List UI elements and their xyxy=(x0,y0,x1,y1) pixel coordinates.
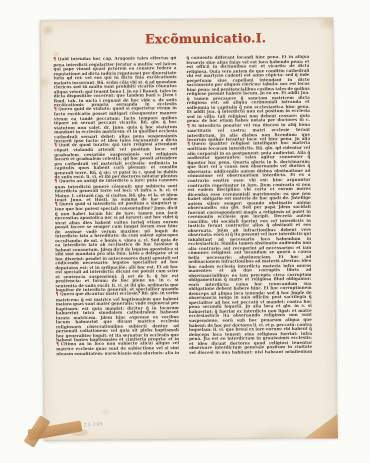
rubricated-initial: S xyxy=(191,123,194,128)
paragraph: ¶Quid dr quod iuratis: qui iure religios… xyxy=(54,142,177,179)
pilcrow-mark: ¶ xyxy=(54,143,57,148)
photo-frame: Excõmunicatio.I. ¶Quid intendas hoc cap.… xyxy=(0,0,370,463)
text-column-left: ¶Quid intendas hoc cap. Aragonie tales e… xyxy=(53,56,179,356)
paragraph: ¶Quero que dicantur matri ecclesie? Rñ. … xyxy=(56,291,179,342)
rubricated-initial: Q xyxy=(58,56,62,61)
paragraph: ¶Quero quid si interdictū sit positum a … xyxy=(55,201,179,293)
manuscript-page: Excõmunicatio.I. ¶Quid intendas hoc cap.… xyxy=(40,18,337,441)
rubricated-initial: Q xyxy=(58,106,62,111)
page-heading: Excõmunicatio.I. xyxy=(78,32,333,47)
paragraph: ¶Si interdicta ponatur vel vna diocesi i… xyxy=(187,123,310,142)
pilcrow-mark: ¶ xyxy=(187,124,190,129)
paragraph: ¶Quero quid de statuto: quod si experiet… xyxy=(54,106,177,143)
text-columns: ¶Quid intendas hoc cap. Aragonie tales e… xyxy=(53,55,312,357)
pilcrow-mark: ¶ xyxy=(53,57,56,62)
paragraph: q̃ conuentu differant locandi hinc pena.… xyxy=(186,55,310,124)
paragraph: ¶Quero qualiter religiosi intelligant ho… xyxy=(187,141,312,355)
rubricated-initial: Q xyxy=(60,291,64,296)
pilcrow-mark: ¶ xyxy=(56,292,59,297)
pilcrow-mark: ¶ xyxy=(187,142,190,147)
paragraph: ¶Ultimo an in loco non subiecto alicui a… xyxy=(56,341,179,356)
text-column-right: q̃ conuentu differant locandi hinc pena.… xyxy=(186,55,312,355)
rubricated-initial: Q xyxy=(59,178,63,183)
rubricated-initial: Q xyxy=(192,141,196,146)
pilcrow-mark: ¶ xyxy=(55,179,58,184)
stain-bottom-right-corner xyxy=(304,414,338,439)
pilcrow-mark: ¶ xyxy=(56,342,59,347)
pilcrow-mark: ¶ xyxy=(54,107,57,112)
stain-bottom-left-smudge xyxy=(70,429,88,436)
pencil-inventory-mark: 23-298 xyxy=(84,423,104,429)
paragraph: ¶Quarto an antiq̃l de interdicto a iure:… xyxy=(55,178,178,202)
paragraph: ¶Quid intendas hoc cap. Aragonie tales e… xyxy=(53,56,176,107)
rubricated-initial: U xyxy=(61,341,65,346)
rubricated-initial: Q xyxy=(59,142,63,147)
rubricated-initial: Q xyxy=(59,201,63,206)
pilcrow-mark: ¶ xyxy=(55,202,58,207)
